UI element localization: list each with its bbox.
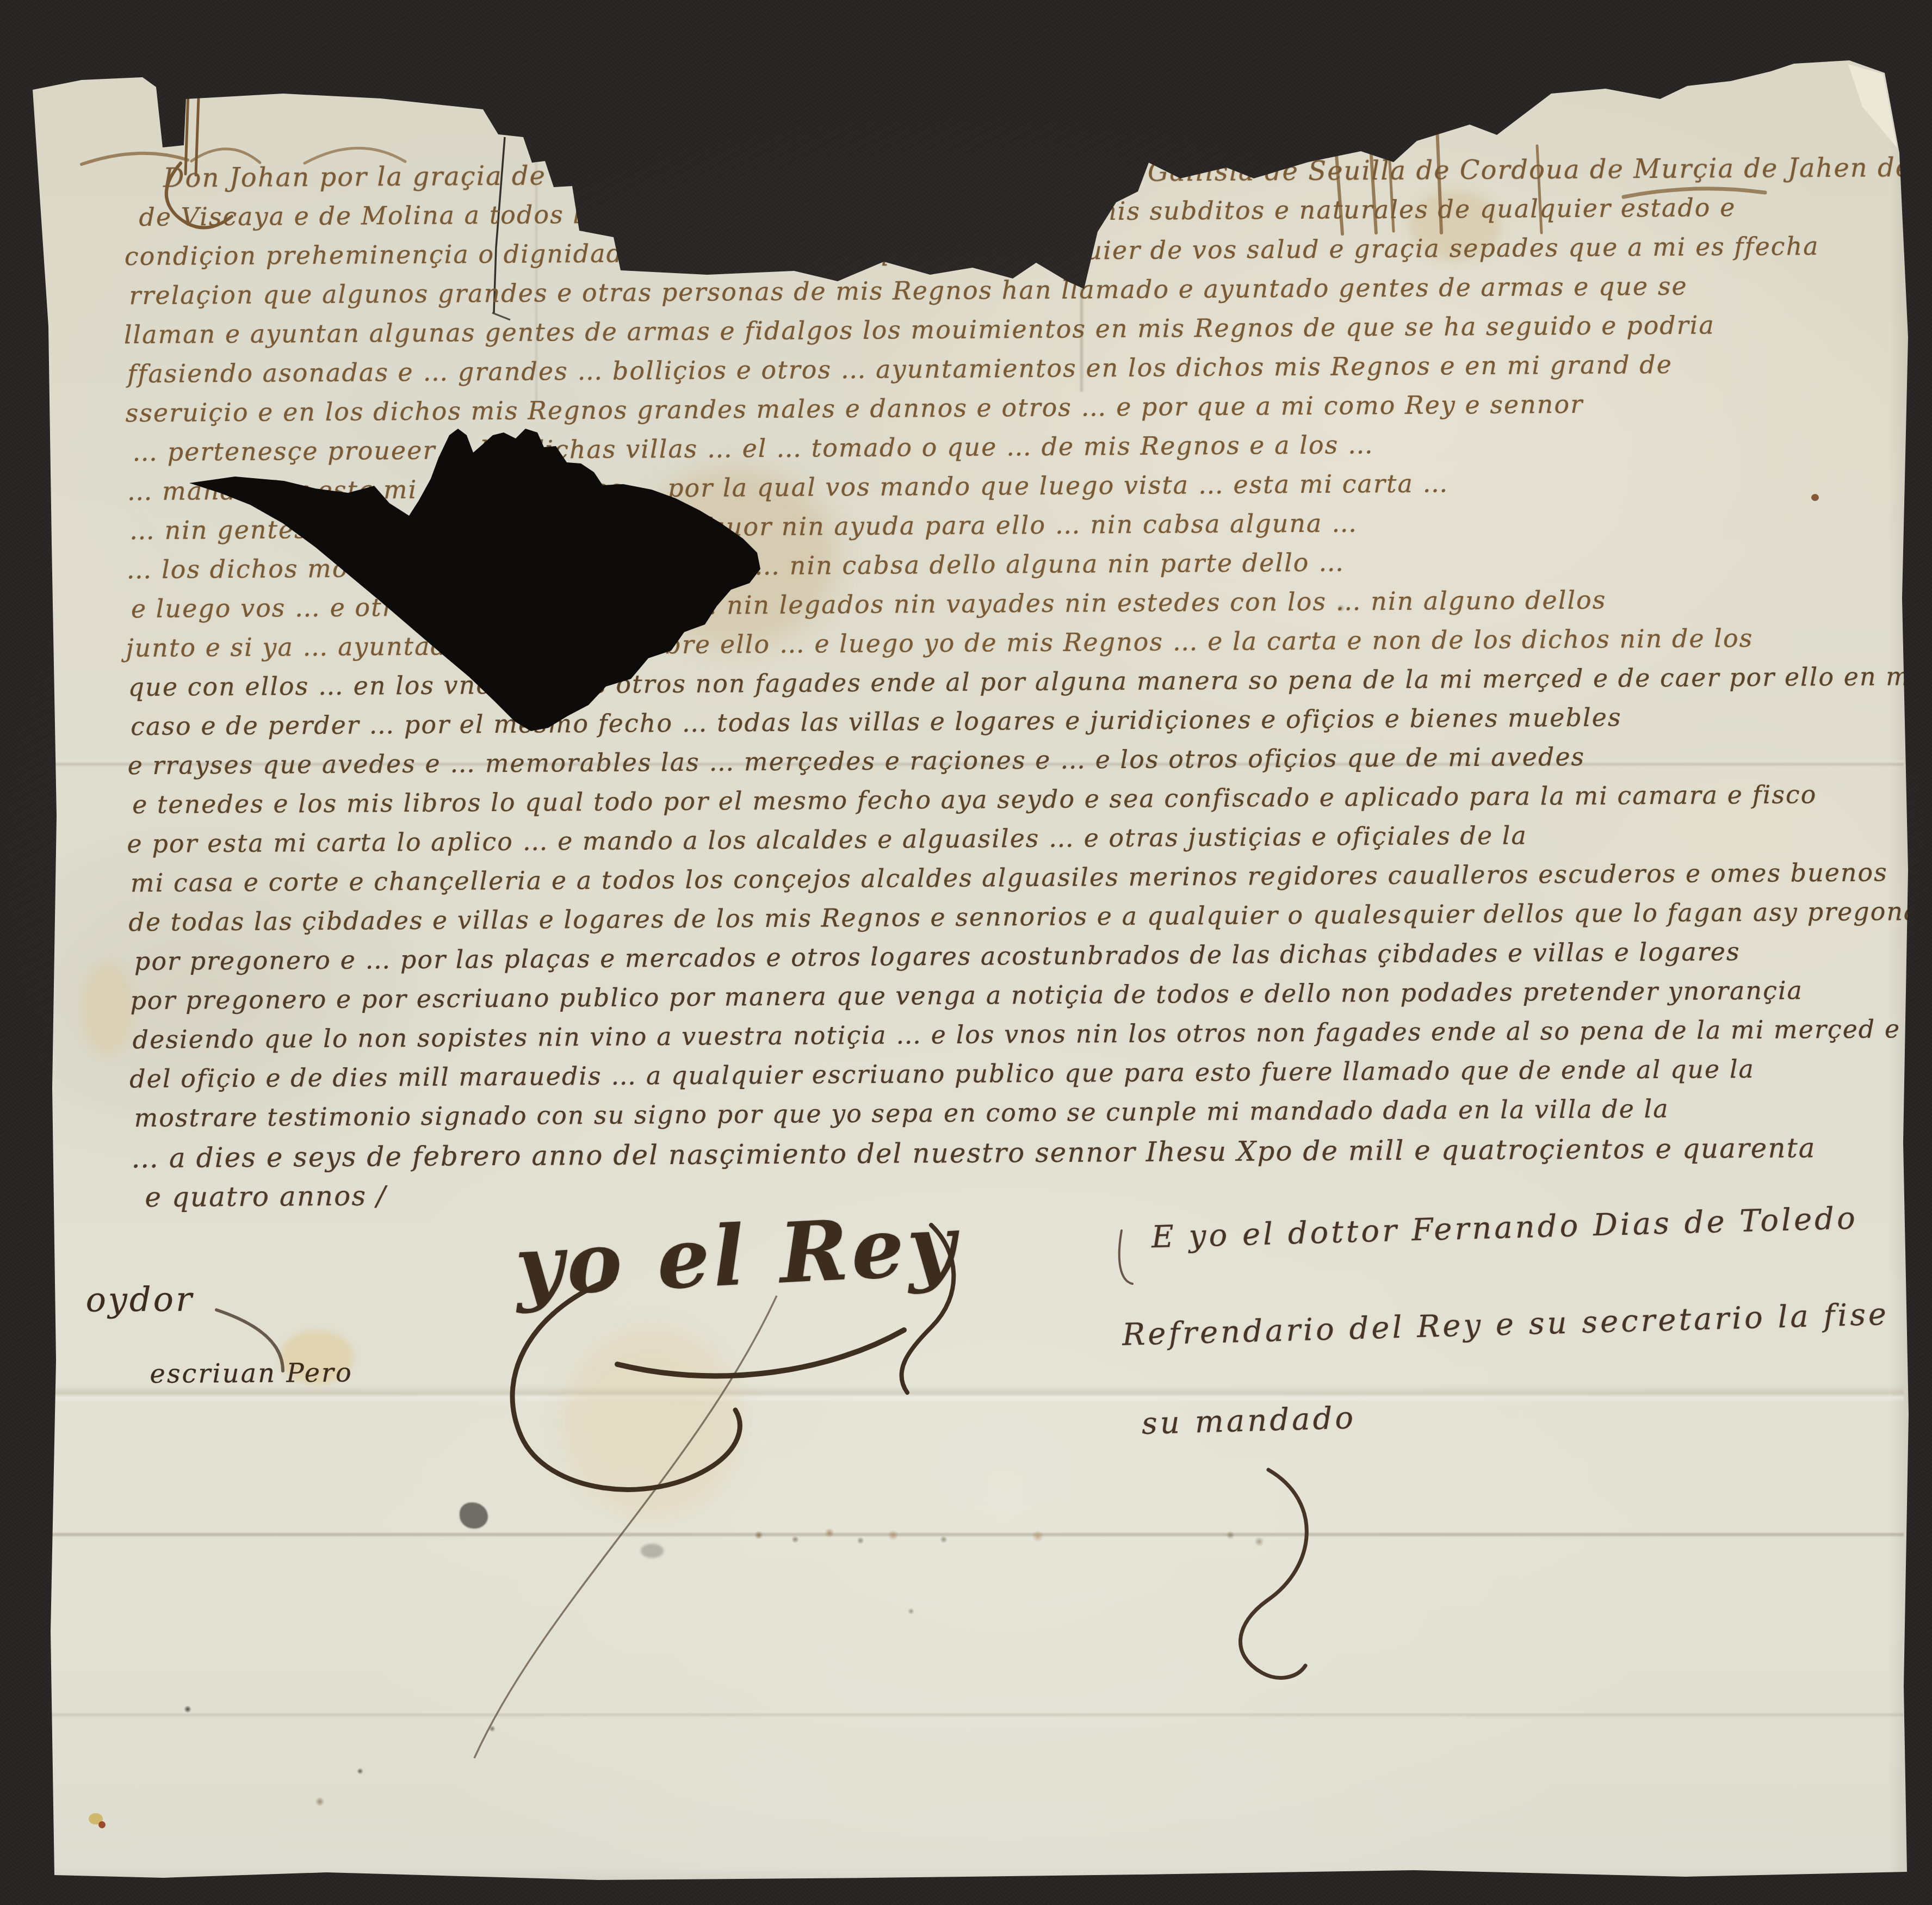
manuscript-line: e rrayses que avedes e … memorables las … bbox=[127, 742, 1585, 780]
manuscript-line: junto e si ya … ayuntados estades … sobr… bbox=[126, 623, 1753, 663]
manuscript-line: e tenedes e los mis libros lo qual todo … bbox=[132, 780, 1817, 819]
manuscript-line: e luego vos … e otras personas e gentes … bbox=[131, 585, 1607, 624]
manuscript-line: de todas las çibdades e villas e logares… bbox=[128, 896, 1932, 937]
left-margin-note-oydor: oydor bbox=[85, 1279, 194, 1319]
manuscript-line-date: e quatro annos / bbox=[145, 1180, 387, 1213]
manuscript-line: … pertenesçe proueer … las dichas villas… bbox=[132, 430, 1374, 467]
manuscript-line: mostrare testimonio signado con su signo… bbox=[134, 1094, 1669, 1133]
manuscript-line: por pregonero e … por las plaças e merca… bbox=[134, 937, 1741, 976]
secretary-attestation-line-3: su mandado bbox=[1141, 1400, 1357, 1442]
manuscript-line: caso e de perder … por el mesmo fecho … … bbox=[131, 702, 1622, 741]
secretary-attestation-line-2: Refrendario del Rey e su secretario la f… bbox=[1122, 1297, 1890, 1353]
manuscript-line: ffasiendo asonadas e … grandes … bolliçi… bbox=[127, 350, 1673, 388]
manuscript-text: Don Johan por la graçia de Dios Rey de C… bbox=[0, 0, 1932, 1905]
manuscript-line-date: … a dies e seys de febrero anno del nasç… bbox=[131, 1132, 1816, 1174]
manuscript-line: de Viscaya e de Molina a todos los … mis… bbox=[139, 193, 1736, 232]
manuscript-line: condiçion preheminençia o dignidad que s… bbox=[125, 231, 1819, 271]
manuscript-line: del ofiçio e de dies mill marauedis … a … bbox=[129, 1054, 1755, 1093]
manuscript-line: mi casa e corte e chançelleria e a todos… bbox=[131, 857, 1888, 898]
manuscript-line: sseruiçio e en los dichos mis Regnos gra… bbox=[126, 389, 1584, 428]
manuscript-line: Don Johan por la graçia de Dios Rey de C… bbox=[163, 150, 1932, 194]
secretary-attestation-line-1: E yo el dottor Fernando Dias de Toledo bbox=[1151, 1201, 1858, 1255]
manuscript-line: desiendo que lo non sopistes nin vino a … bbox=[133, 1014, 1901, 1054]
left-margin-note-escriuan: escriuan Pero bbox=[150, 1358, 353, 1389]
royal-signature: yo el Rey bbox=[513, 1196, 961, 1315]
manuscript-line: que con ellos … en los vnos nin los otro… bbox=[128, 661, 1932, 702]
manuscript-line: llaman e ayuntan algunas gentes de armas… bbox=[124, 310, 1715, 349]
manuscript-line: rrelaçion que algunos grandes e otras pe… bbox=[129, 271, 1688, 311]
photo-stage: Don Johan por la graçia de Dios Rey de C… bbox=[0, 0, 1932, 1905]
manuscript-line: por pregonero e por escriuano publico po… bbox=[130, 975, 1803, 1015]
document-sheet: Don Johan por la graçia de Dios Rey de C… bbox=[0, 0, 1932, 1905]
manuscript-line: e por esta mi carta lo aplico … e mando … bbox=[127, 820, 1527, 858]
